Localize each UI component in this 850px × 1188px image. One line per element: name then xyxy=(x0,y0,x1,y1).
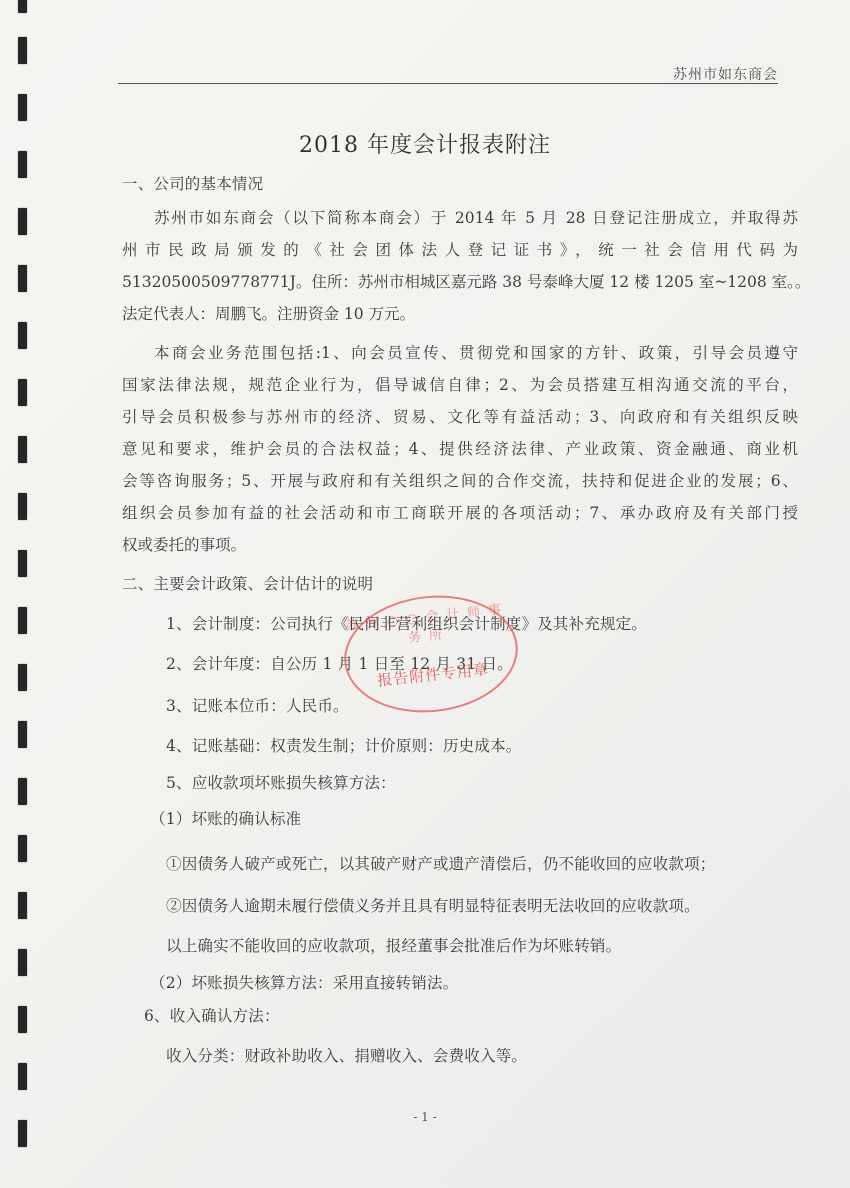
binding-hole-icon xyxy=(18,778,27,805)
binding-hole-icon xyxy=(18,265,27,292)
binding-hole-icon xyxy=(18,322,27,349)
binding-hole-icon xyxy=(18,1063,27,1090)
bad-debt-criteria-heading: （1）坏账的确认标准 xyxy=(150,807,301,829)
binding-hole-icon xyxy=(18,1006,27,1033)
binding-hole-icon xyxy=(18,892,27,919)
binding-hole-icon xyxy=(18,1120,27,1147)
official-seal: 苏州○○会计师事务所 报告附件专用章 xyxy=(338,587,523,721)
bad-debt-criterion-2: ②因债务人逾期未履行偿债义务并且具有明显特征表明无法收回的应收款项。 xyxy=(166,894,700,916)
paragraph-line: 会等咨询服务；5、开展与政府和有关组织之间的合作交流，扶持和促进企业的发展；6、 xyxy=(122,465,798,497)
header-organization: 苏州市如东商会 xyxy=(673,64,778,84)
binding-hole-icon xyxy=(18,208,27,235)
binding-hole-icon xyxy=(18,664,27,691)
document-title: 2018 年度会计报表附注 xyxy=(0,128,850,159)
seal-top-text: 苏州○○会计师事务所 xyxy=(341,597,514,653)
policy-item-4: 4、记账基础：权责发生制；计价原则：历史成本。 xyxy=(166,734,521,756)
binding-hole-icon xyxy=(18,550,27,577)
binding-hole-icon xyxy=(18,493,27,520)
seal-bottom-text: 报告附件专用章 xyxy=(348,655,519,694)
binding-hole-icon xyxy=(18,379,27,406)
section-1-paragraph-1: 苏州市如东商会（以下简称本商会）于 2014 年 5 月 28 日登记注册成立，… xyxy=(122,202,798,330)
policy-item-5: 5、应收款项坏账损失核算方法： xyxy=(166,771,396,793)
paragraph-line: 51320500509778771J。住所：苏州市相城区嘉元路 38 号泰峰大厦… xyxy=(122,266,798,298)
bad-debt-approval-note: 以上确实不能收回的应收款项，报经董事会批准后作为坏账转销。 xyxy=(166,934,621,956)
policy-item-3: 3、记账本位币：人民币。 xyxy=(166,694,349,716)
bad-debt-criterion-1: ①因债务人破产或死亡，以其破产财产或遗产清偿后，仍不能收回的应收款项； xyxy=(166,852,716,874)
binding-hole-icon xyxy=(18,436,27,463)
binding-hole-icon xyxy=(18,835,27,862)
paragraph-line: 组织会员参加有益的社会活动和市工商联开展的各项活动；7、承办政府及有关部门授 xyxy=(122,497,798,529)
header-divider xyxy=(118,83,778,84)
binding-hole-icon xyxy=(18,94,27,121)
bad-debt-method: （2）坏账损失核算方法：采用直接转销法。 xyxy=(150,971,458,993)
revenue-classification: 收入分类：财政补助收入、捐赠收入、会费收入等。 xyxy=(166,1044,527,1066)
binding-hole-icon xyxy=(18,949,27,976)
document-page: 苏州市如东商会 2018 年度会计报表附注 一、公司的基本情况 苏州市如东商会（… xyxy=(0,0,850,1188)
section-2-heading: 二、主要会计政策、会计估计的说明 xyxy=(122,572,373,594)
paragraph-line: 法定代表人：周鹏飞。注册资金 10 万元。 xyxy=(122,298,798,330)
binding-hole-icon xyxy=(18,0,27,13)
binding-holes xyxy=(16,0,30,1188)
paragraph-line: 引导会员积极参与苏州市的经济、贸易、文化等有益活动；3、向政府和有关组织反映 xyxy=(122,401,798,433)
section-1-paragraph-2: 本商会业务范围包括:1、向会员宣传、贯彻党和国家的方针、政策，引导会员遵守 国家… xyxy=(122,337,798,561)
binding-hole-icon xyxy=(18,607,27,634)
paragraph-line: 州市民政局颁发的《社会团体法人登记证书》，统一社会信用代码为 xyxy=(122,234,798,266)
paragraph-line: 本商会业务范围包括:1、向会员宣传、贯彻党和国家的方针、政策，引导会员遵守 xyxy=(122,337,798,369)
revenue-heading: 6、收入确认方法： xyxy=(144,1004,280,1026)
paragraph-line: 国家法律法规，规范企业行为，倡导诚信自律；2、为会员搭建互相沟通交流的平台， xyxy=(122,369,798,401)
paragraph-line: 苏州市如东商会（以下简称本商会）于 2014 年 5 月 28 日登记注册成立，… xyxy=(122,202,798,234)
page-number: - 1 - xyxy=(0,1110,850,1124)
section-1-heading: 一、公司的基本情况 xyxy=(122,172,263,194)
paragraph-line: 意见和要求，维护会员的合法权益；4、提供经济法律、产业政策、资金融通、商业机 xyxy=(122,433,798,465)
binding-hole-icon xyxy=(18,37,27,64)
binding-hole-icon xyxy=(18,721,27,748)
paragraph-line: 权或委托的事项。 xyxy=(122,529,798,561)
